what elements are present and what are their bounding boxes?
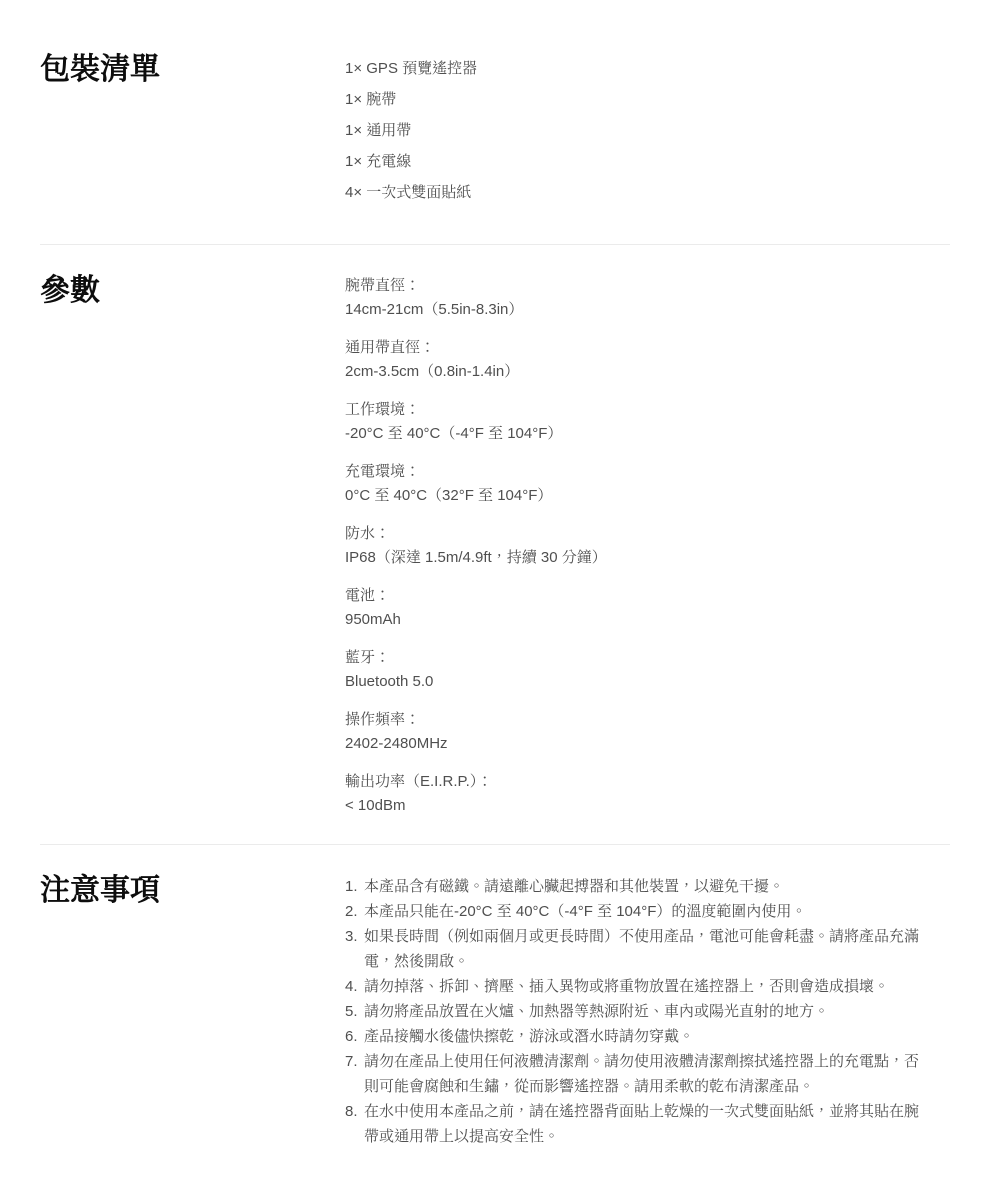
spec-group: 輸出功率（E.I.R.P.）： < 10dBm [345, 770, 929, 818]
note-number: 7. [345, 1049, 364, 1099]
notes-title: 注意事項 [40, 874, 345, 908]
spec-label: 通用帶直徑： [345, 336, 929, 360]
spec-value: IP68（深達 1.5m/4.9ft，持續 30 分鐘） [345, 546, 929, 570]
packing-list-item: 1× 通用帶 [345, 115, 929, 146]
spec-label: 電池： [345, 584, 929, 608]
note-number: 5. [345, 999, 364, 1024]
note-number: 4. [345, 974, 364, 999]
notes-content-column: 1. 本產品含有磁鐵。請遠離心臟起搏器和其他裝置，以避免干擾。 2. 本產品只能… [345, 874, 929, 1149]
spec-label: 腕帶直徑： [345, 274, 929, 298]
note-text: 請勿掉落、拆卸、擠壓、插入異物或將重物放置在遙控器上，否則會造成損壞。 [364, 974, 929, 999]
spec-label: 充電環境： [345, 460, 929, 484]
section-packing-list: 包裝清單 1× GPS 預覽遙控器 1× 腕帶 1× 通用帶 1× 充電線 4×… [40, 0, 950, 244]
specs-title-column: 參數 [40, 274, 345, 308]
notes-title-column: 注意事項 [40, 874, 345, 908]
spec-value: 950mAh [345, 608, 929, 632]
note-item: 7. 請勿在產品上使用任何液體清潔劑。請勿使用液體清潔劑擦拭遙控器上的充電點，否… [345, 1049, 929, 1099]
section-specs: 參數 腕帶直徑： 14cm-21cm（5.5in-8.3in） 通用帶直徑： 2… [40, 244, 950, 844]
note-text: 請勿在產品上使用任何液體清潔劑。請勿使用液體清潔劑擦拭遙控器上的充電點，否則可能… [364, 1049, 929, 1099]
note-item: 2. 本產品只能在-20°C 至 40°C（-4°F 至 104°F）的溫度範圍… [345, 899, 929, 924]
spec-value: Bluetooth 5.0 [345, 670, 929, 694]
packing-list-title-column: 包裝清單 [40, 53, 345, 87]
spec-value: 0°C 至 40°C（32°F 至 104°F） [345, 484, 929, 508]
note-text: 產品接觸水後儘快擦乾，游泳或潛水時請勿穿戴。 [364, 1024, 929, 1049]
packing-list-title: 包裝清單 [40, 53, 345, 87]
note-text: 如果長時間（例如兩個月或更長時間）不使用產品，電池可能會耗盡。請將產品充滿電，然… [364, 924, 929, 974]
spec-value: 2cm-3.5cm（0.8in-1.4in） [345, 360, 929, 384]
packing-list-content-column: 1× GPS 預覽遙控器 1× 腕帶 1× 通用帶 1× 充電線 4× 一次式雙… [345, 53, 929, 208]
spec-label: 藍牙： [345, 646, 929, 670]
note-text: 本產品含有磁鐵。請遠離心臟起搏器和其他裝置，以避免干擾。 [364, 874, 929, 899]
note-text: 請勿將產品放置在火爐、加熱器等熱源附近、車內或陽光直射的地方。 [364, 999, 929, 1024]
note-item: 8. 在水中使用本產品之前，請在遙控器背面貼上乾燥的一次式雙面貼紙，並將其貼在腕… [345, 1099, 929, 1149]
note-number: 1. [345, 874, 364, 899]
spec-group: 防水： IP68（深達 1.5m/4.9ft，持續 30 分鐘） [345, 522, 929, 570]
packing-list-item: 1× 腕帶 [345, 84, 929, 115]
spec-group: 操作頻率： 2402-2480MHz [345, 708, 929, 756]
product-spec-page: 包裝清單 1× GPS 預覽遙控器 1× 腕帶 1× 通用帶 1× 充電線 4×… [0, 0, 990, 1184]
note-item: 5. 請勿將產品放置在火爐、加熱器等熱源附近、車內或陽光直射的地方。 [345, 999, 929, 1024]
spec-value: < 10dBm [345, 794, 929, 818]
spec-group: 工作環境： -20°C 至 40°C（-4°F 至 104°F） [345, 398, 929, 446]
note-number: 2. [345, 899, 364, 924]
note-text: 本產品只能在-20°C 至 40°C（-4°F 至 104°F）的溫度範圍內使用… [364, 899, 929, 924]
packing-list-item: 1× GPS 預覽遙控器 [345, 53, 929, 84]
packing-list: 1× GPS 預覽遙控器 1× 腕帶 1× 通用帶 1× 充電線 4× 一次式雙… [345, 53, 929, 208]
spec-label: 工作環境： [345, 398, 929, 422]
specs-title: 參數 [40, 274, 345, 308]
spec-value: -20°C 至 40°C（-4°F 至 104°F） [345, 422, 929, 446]
packing-list-item: 1× 充電線 [345, 146, 929, 177]
spec-group: 通用帶直徑： 2cm-3.5cm（0.8in-1.4in） [345, 336, 929, 384]
note-number: 8. [345, 1099, 364, 1149]
note-text: 在水中使用本產品之前，請在遙控器背面貼上乾燥的一次式雙面貼紙，並將其貼在腕帶或通… [364, 1099, 929, 1149]
spec-group: 藍牙： Bluetooth 5.0 [345, 646, 929, 694]
packing-list-item: 4× 一次式雙面貼紙 [345, 177, 929, 208]
note-number: 3. [345, 924, 364, 974]
spec-group: 電池： 950mAh [345, 584, 929, 632]
spec-group: 腕帶直徑： 14cm-21cm（5.5in-8.3in） [345, 274, 929, 322]
spec-label: 輸出功率（E.I.R.P.）： [345, 770, 929, 794]
section-notes: 注意事項 1. 本產品含有磁鐵。請遠離心臟起搏器和其他裝置，以避免干擾。 2. … [40, 844, 950, 1184]
specs-content-column: 腕帶直徑： 14cm-21cm（5.5in-8.3in） 通用帶直徑： 2cm-… [345, 274, 929, 818]
note-item: 3. 如果長時間（例如兩個月或更長時間）不使用產品，電池可能會耗盡。請將產品充滿… [345, 924, 929, 974]
note-item: 6. 產品接觸水後儘快擦乾，游泳或潛水時請勿穿戴。 [345, 1024, 929, 1049]
note-item: 4. 請勿掉落、拆卸、擠壓、插入異物或將重物放置在遙控器上，否則會造成損壞。 [345, 974, 929, 999]
notes-list: 1. 本產品含有磁鐵。請遠離心臟起搏器和其他裝置，以避免干擾。 2. 本產品只能… [345, 874, 929, 1149]
note-number: 6. [345, 1024, 364, 1049]
note-item: 1. 本產品含有磁鐵。請遠離心臟起搏器和其他裝置，以避免干擾。 [345, 874, 929, 899]
spec-label: 操作頻率： [345, 708, 929, 732]
spec-value: 14cm-21cm（5.5in-8.3in） [345, 298, 929, 322]
spec-label: 防水： [345, 522, 929, 546]
spec-group: 充電環境： 0°C 至 40°C（32°F 至 104°F） [345, 460, 929, 508]
spec-value: 2402-2480MHz [345, 732, 929, 756]
